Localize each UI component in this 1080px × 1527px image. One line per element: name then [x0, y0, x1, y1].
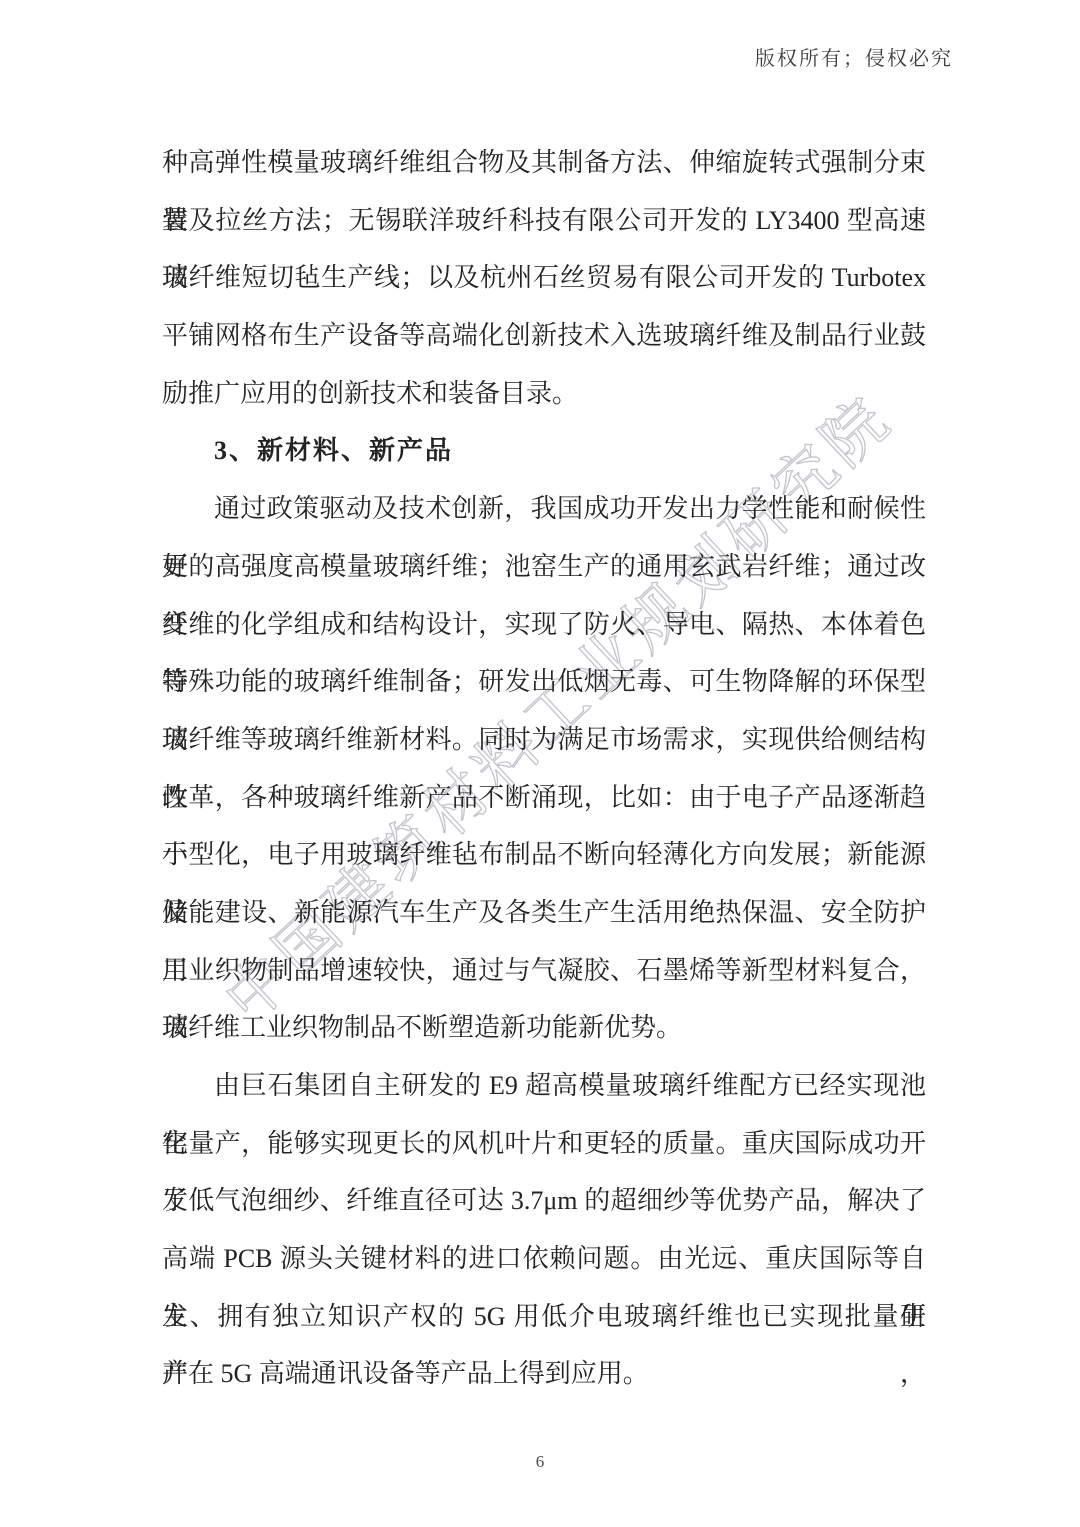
- text-line: 纤维的化学组成和结构设计，实现了防火、导电、隔热、本体着色等: [162, 596, 926, 654]
- text-line: 种高弹性模量玻璃纤维组合物及其制备方法、伸缩旋转式强制分束装: [162, 134, 926, 192]
- text-line: 璃纤维等玻璃纤维新材料。同时为满足市场需求，实现供给侧结构性: [162, 711, 926, 769]
- text-line: 置及拉丝方法；无锡联洋玻纤科技有限公司开发的 LY3400 型高速玻: [162, 192, 926, 250]
- text-line: 璃纤维短切毡生产线；以及杭州石丝贸易有限公司开发的 Turbotex: [162, 249, 926, 307]
- text-line: 小型化，电子用玻璃纤维毡布制品不断向轻薄化方向发展；新能源及: [162, 826, 926, 884]
- text-line: 工业织物制品增速较快，通过与气凝胶、石墨烯等新型材料复合，玻: [162, 942, 926, 1000]
- text-line: 高端 PCB 源头关键材料的进口依赖问题。由光远、重庆国际等自主研: [162, 1230, 926, 1288]
- text-line: 改革，各种玻璃纤维新产品不断涌现，比如：由于电子产品逐渐趋于: [162, 769, 926, 827]
- text-line: 特殊功能的玻璃纤维制备；研发出低烟无毒、可生物降解的环保型玻: [162, 653, 926, 711]
- text-line: 化量产，能够实现更长的风机叶片和更轻的质量。重庆国际成功开发: [162, 1115, 926, 1173]
- text-line: 储能建设、新能源汽车生产及各类生产生活用绝热保温、安全防护用: [162, 884, 926, 942]
- text-line: 励推广应用的创新技术和装备目录。: [162, 365, 926, 423]
- page-number: 6: [0, 1452, 1080, 1472]
- text-line: 通过政策驱动及技术创新，我国成功开发出力学性能和耐候性更: [162, 480, 926, 538]
- text-line: 了低气泡细纱、纤维直径可达 3.7μm 的超细纱等优势产品，解决了: [162, 1172, 926, 1230]
- text-line: 发、拥有独立知识产权的 5G 用低介电玻璃纤维也已实现批量生产，: [162, 1288, 926, 1346]
- text-line: 平铺网格布生产设备等高端化创新技术入选玻璃纤维及制品行业鼓: [162, 307, 926, 365]
- copyright-notice: 版权所有；侵权必究: [755, 42, 953, 71]
- document-page: 版权所有；侵权必究 中国建筑材料工业规划研究院 种高弹性模量玻璃纤维组合物及其制…: [0, 0, 1080, 1527]
- section-heading: 3、新材料、新产品: [162, 422, 926, 480]
- document-body: 种高弹性模量玻璃纤维组合物及其制备方法、伸缩旋转式强制分束装 置及拉丝方法；无锡…: [162, 134, 926, 1403]
- text-line: 由巨石集团自主研发的 E9 超高模量玻璃纤维配方已经实现池窑: [162, 1057, 926, 1115]
- text-line: 好的高强度高模量玻璃纤维；池窑生产的通用玄武岩纤维；通过改变: [162, 538, 926, 596]
- text-line: 璃纤维工业织物制品不断塑造新功能新优势。: [162, 999, 926, 1057]
